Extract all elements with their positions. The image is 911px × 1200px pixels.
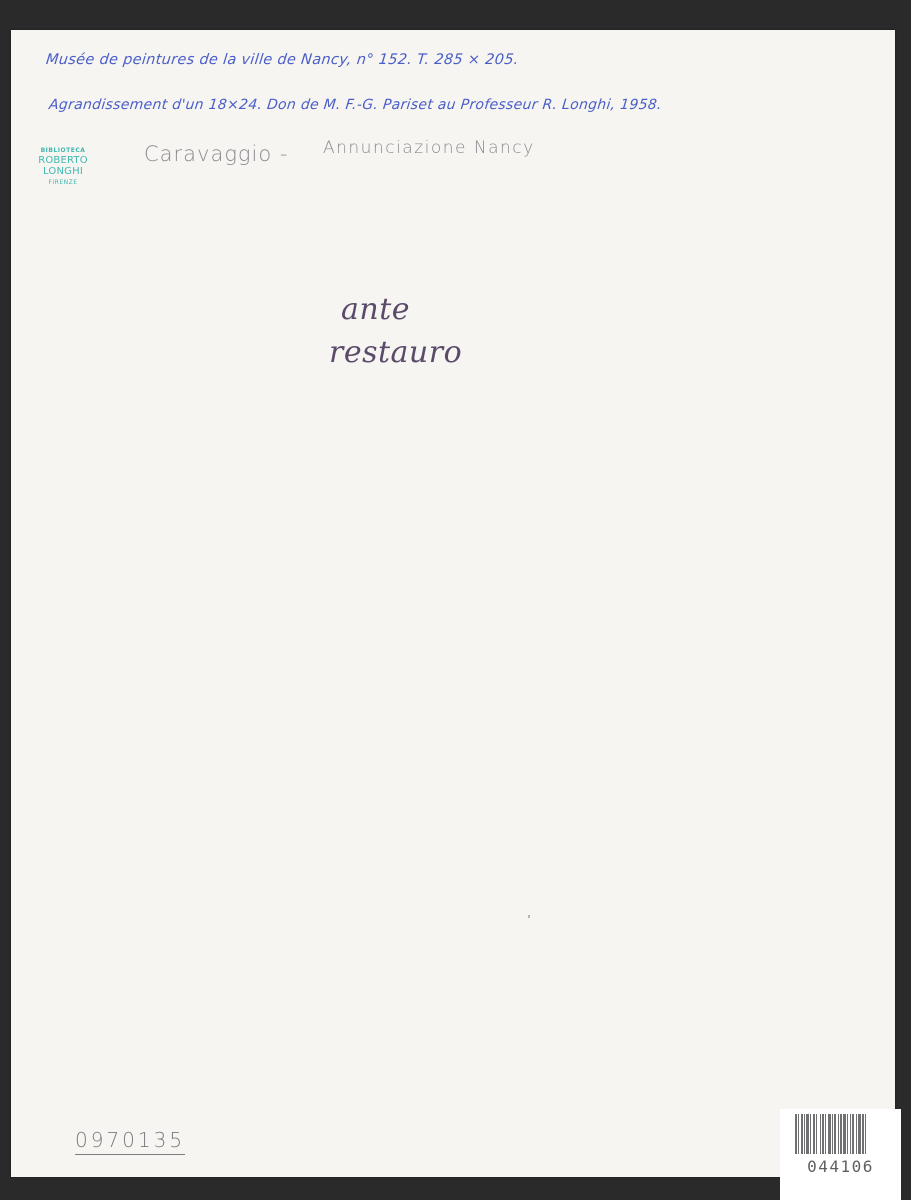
provenance-annotation: Agrandissement d'un 18×24. Don de M. F.-… [48, 97, 662, 113]
barcode-number: 044106 [780, 1157, 901, 1176]
inventory-number: 0970135 [75, 1128, 185, 1155]
stamp-line-name: ROBERTO LONGHI [17, 156, 109, 177]
stamp-line-city: FIRENZE [17, 180, 109, 186]
museum-annotation: Musée de peintures de la ville de Nancy,… [45, 52, 519, 68]
barcode-label: 044106 [780, 1109, 901, 1200]
stamp-line-biblioteca: BIBLIOTECA [17, 148, 109, 154]
artist-annotation: Caravaggio - [144, 142, 288, 166]
title-annotation: Annunciazione Nancy [323, 138, 535, 158]
photo-verso-paper: Musée de peintures de la ville de Nancy,… [11, 30, 895, 1177]
barcode-bars [795, 1114, 868, 1154]
note-restauro: restauro [329, 335, 462, 370]
library-stamp: BIBLIOTECA ROBERTO LONGHI FIRENZE [17, 148, 109, 187]
paper-speck [528, 915, 530, 918]
note-ante: ante [341, 292, 410, 327]
